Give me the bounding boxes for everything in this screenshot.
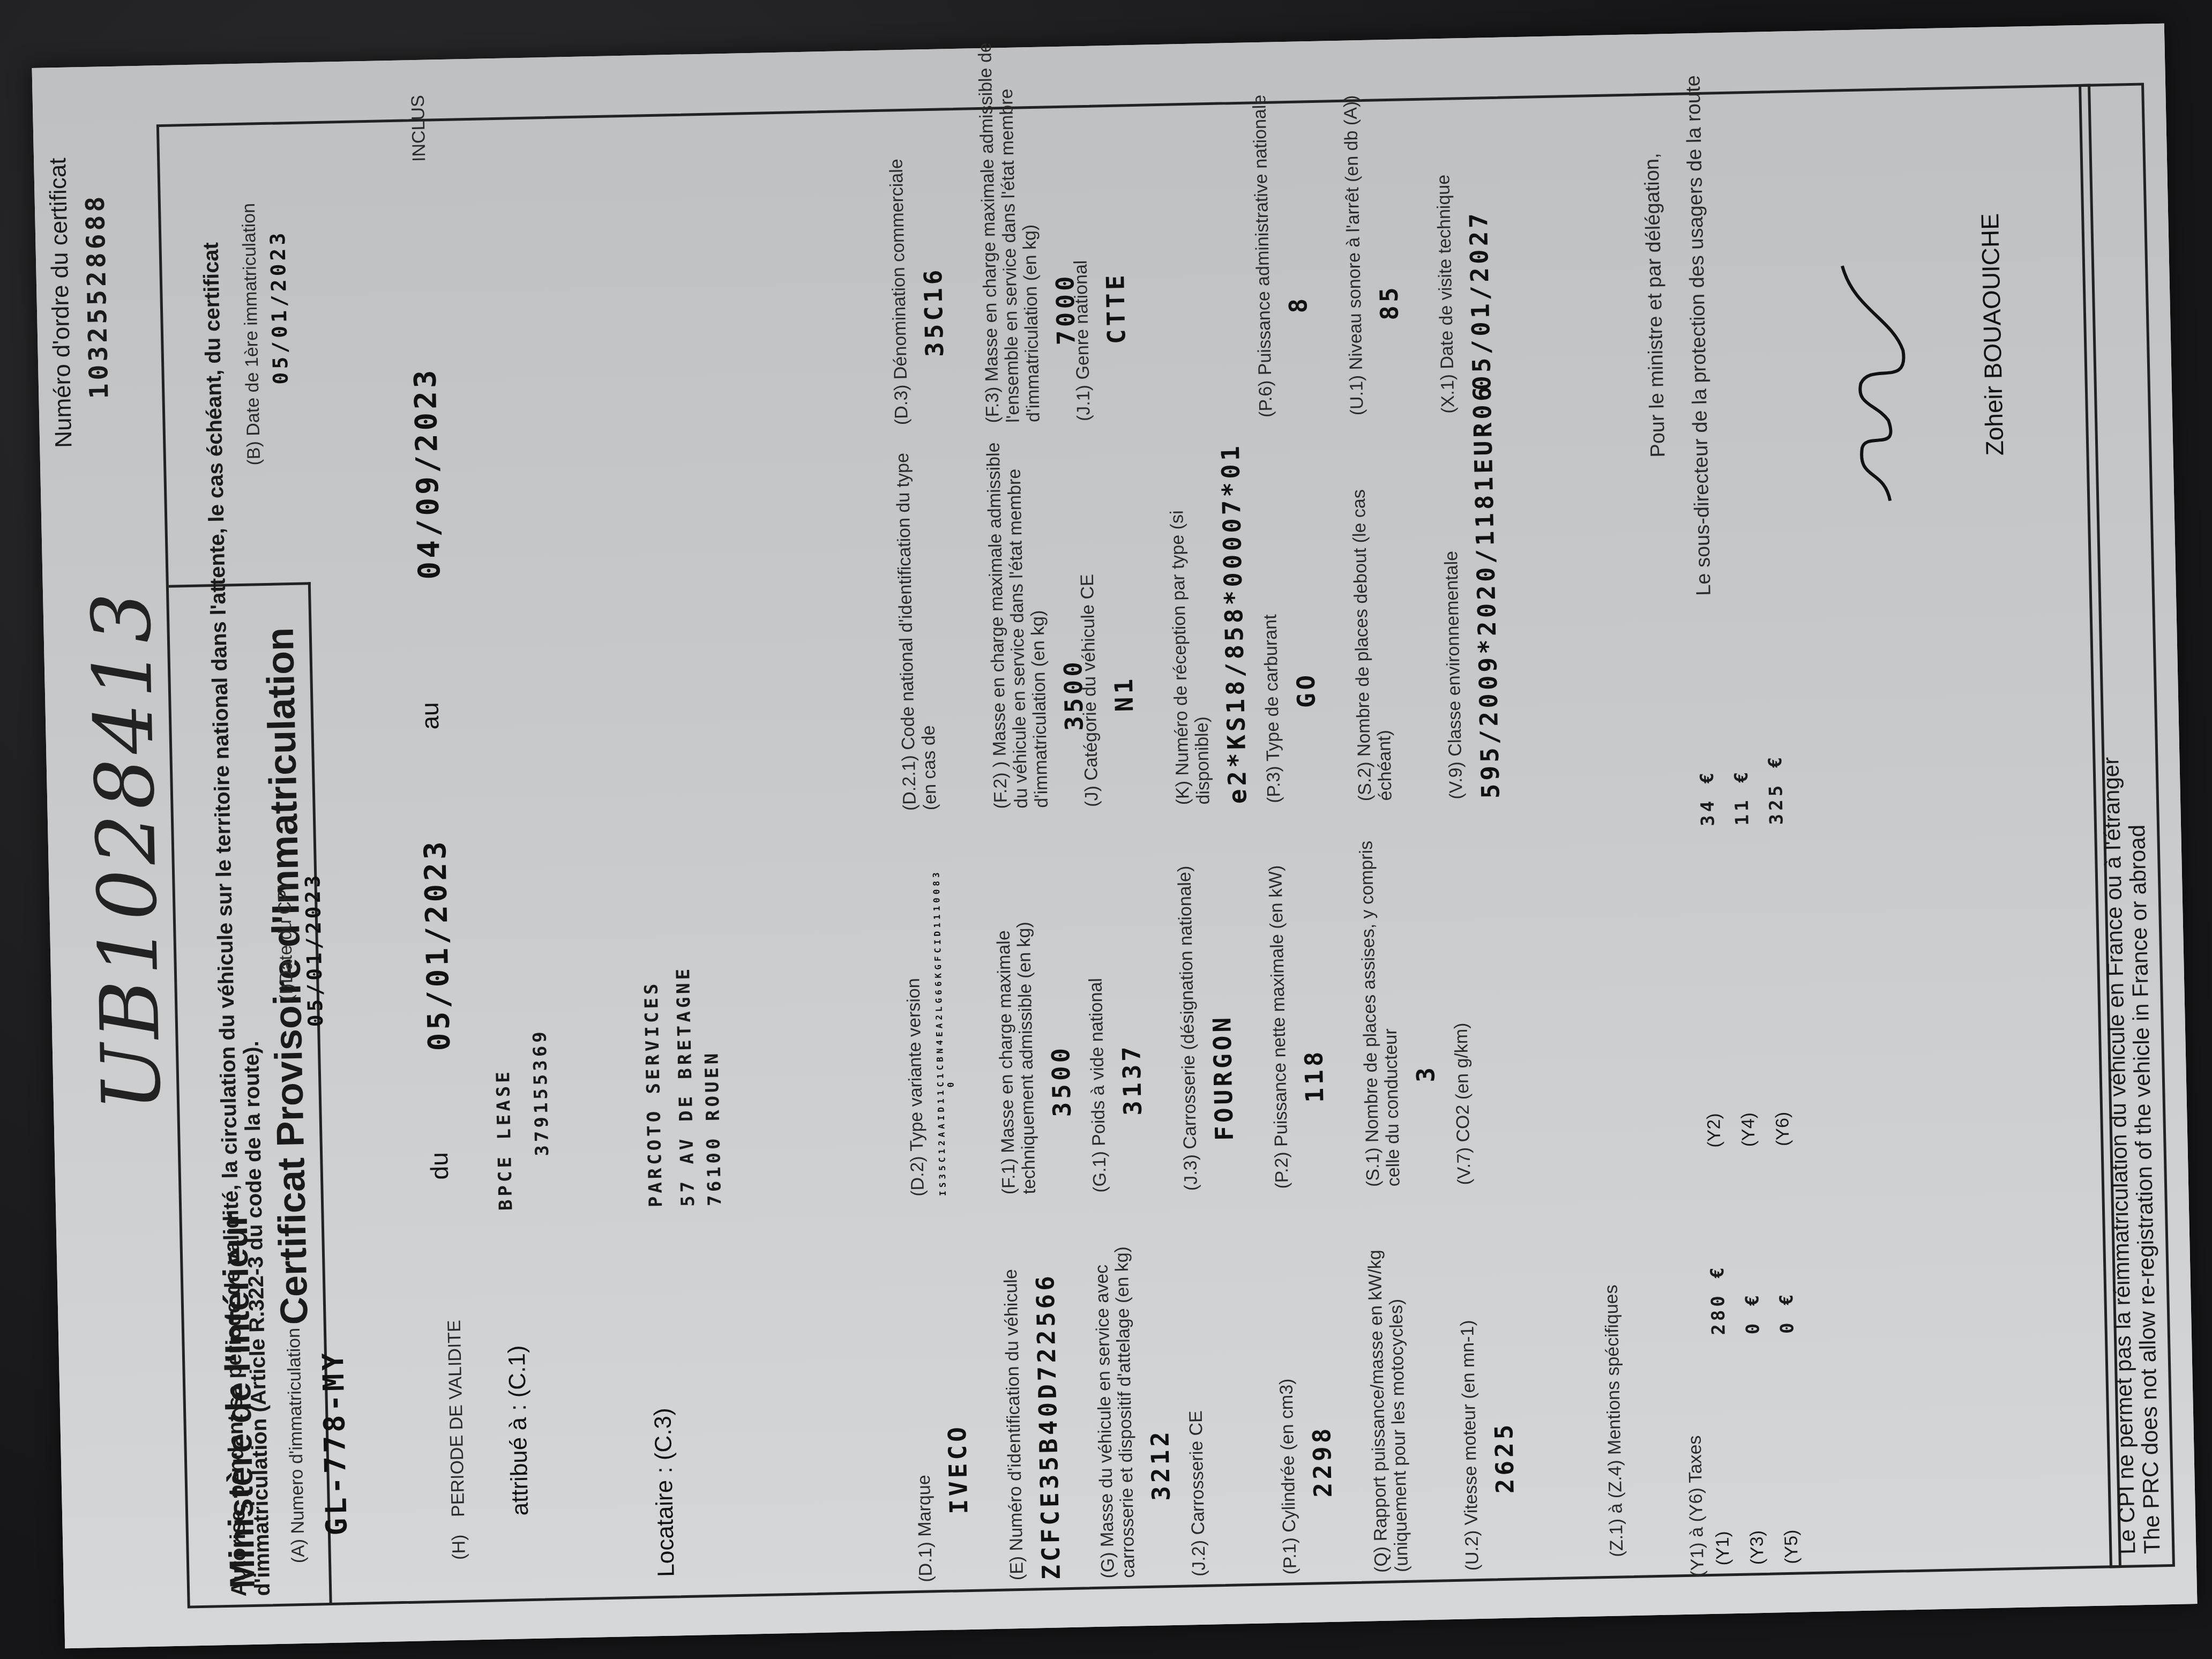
field-label: (F.1) Masse en charge maximale technique… [991,808,1040,1194]
c1-id: 379155369 [529,1028,553,1156]
grid-cell: (F.2) ) Masse en charge maximale admissi… [983,421,1090,809]
field-value: 35C16 [917,199,951,424]
signature-scribble-icon [1820,243,1922,513]
signatory-name: Zoheir BOUAOUICHE [1975,213,2009,456]
field-value: CTTE [1099,195,1133,421]
field-i-label: (I)Date du CPI [274,884,297,1001]
tax-code: (Y4) [1738,1112,1759,1147]
c3-address-line2: 76100 ROUEN [701,1050,726,1206]
tax-amount: 280 € [1707,1264,1730,1335]
field-value: IVECO [941,1356,975,1582]
tax-amount: 0 € [1742,1291,1764,1334]
field-value: GO [1289,577,1323,803]
tax-amount: 325 € [1765,753,1788,825]
field-label: (S.2) Nombre de places debout (le cas éc… [1347,415,1396,801]
grid-cell: (J.3) Carrosserie (désignation nationale… [1173,804,1240,1191]
grid-cell: (D.2) Type variante versionIS35C12AAID11… [900,810,958,1197]
handwritten-reference: UB1028413 [75,587,179,1112]
field-value: ZCFCE35B40D722566 [1032,1354,1066,1580]
field-value [945,585,950,810]
validity-period-label: PERIODE DE VALIDITE [444,1320,469,1518]
field-label: (D.2.1) Code national d'identification d… [892,424,940,811]
grid-cell: (E) Numéro d'identification du véhiculeZ… [999,1193,1066,1580]
field-label: (K) Numéro de réception par type (si dis… [1165,419,1214,805]
tax-code: (Y2) [1703,1113,1725,1148]
field-value: 3 [1409,960,1443,1186]
validity-to: 04/09/2023 [408,367,447,580]
grid-cell: (D.3) Dénomination commerciale35C16 [884,38,951,425]
field-value: N1 [1107,581,1141,806]
field-value: 3212 [1144,1352,1177,1578]
tax-amount: 11 € [1731,768,1753,826]
grid-cell: (F.3) Masse en charge maximale admissibl… [975,35,1082,423]
grid-cell: (P.2) Puissance nette maximale (en kW)11… [1264,802,1331,1189]
grid-cell: (D.2.1) Code national d'identification d… [892,424,950,811]
field-a-value: GL-778-MY [316,1349,354,1536]
field-label: (Q) Rapport puissance/masse en kW/kg (un… [1363,1186,1412,1573]
field-value: 8 [1281,191,1315,417]
field-h-label: (H) [449,1534,469,1560]
field-value: 595/2009*2020/1181EUR06 [1471,573,1505,799]
tax-code: (Y1) [1712,1531,1733,1566]
c1-label: attribué à : (C.1) [504,1345,534,1516]
grid-cell: (G) Masse du véhicule en service avec ca… [1090,1191,1177,1579]
grid-cell: (F.1) Masse en charge maximale technique… [991,808,1078,1195]
field-b-value: 05/01/2023 [266,229,293,385]
field-value: 85 [1372,190,1406,415]
field-value: IS35C12AAID11C1CBN4EA2LG66KGFCID1110083 … [933,970,958,1196]
grid-cell: (J.1) Genre nationalCTTE [1066,34,1133,421]
field-i-value: 05/01/2023 [301,872,327,1027]
grid-cell: (P.6) Puissance administrative nationale… [1248,31,1315,417]
field-value [1417,1347,1422,1572]
grid-cell: (G.1) Poids à vide national3137 [1082,806,1149,1193]
grid-cell: (U.2) Vitesse moteur (en mn-1)2625 [1454,1184,1521,1571]
grid-cell: (X.1) Date de visite technique05/01/2027 [1430,27,1497,414]
grid-cell: (P.1) Cylindrée (en cm3)2298 [1272,1188,1339,1575]
vehicle-characteristics-grid: (D.1) MarqueIVECO(D.2) Type variante ver… [885,96,1554,1593]
field-value [1401,576,1406,801]
taxes-block: (Y1) à (Y6) Taxes (Y1)280 €(Y2)34 €(Y3)0… [1669,690,1811,1576]
field-value [1170,195,1175,420]
tax-amount: 34 € [1697,769,1719,827]
validity-from: 05/01/2023 [418,838,457,1051]
field-value: 2298 [1305,1349,1339,1574]
field-label: (F.2) ) Masse en charge maximale admissi… [983,422,1052,809]
field-value: 3500 [1044,968,1078,1194]
grid-cell: (S.1) Nombre de places assises, y compri… [1355,799,1443,1187]
field-value: 2625 [1488,1345,1521,1571]
tax-code: (Y5) [1781,1529,1802,1564]
registration-certificate: UB1028413 Numéro d'ordre du certificat 1… [32,24,2198,1649]
field-value: 05/01/2027 [1463,188,1497,413]
grid-cell: (D.1) MarqueIVECO [908,1195,975,1582]
tax-code: (Y3) [1746,1530,1768,1565]
validity-du: du [424,1152,454,1180]
grid-cell: (J) Catégorie du véhicule CEN1 [1074,420,1141,807]
c3-label: Locataire : (C.3) [649,1408,680,1577]
validity-au: au [415,702,445,730]
field-value: FOURGON [1206,965,1240,1190]
grid-cell: (U.1) Niveau sonore à l'arrêt (en db (A)… [1339,29,1406,416]
grid-cell: (V.9) Classe environnementale595/2009*20… [1438,413,1505,799]
tax-amount: 0 € [1776,1291,1798,1334]
field-value [1214,1351,1219,1576]
field-label: (S.1) Nombre de places assises, y compri… [1355,801,1404,1187]
field-value: 118 [1297,963,1331,1189]
order-number: 10325528688 [80,193,114,399]
field-value: e2*KS18/858*00007*01 [1219,579,1252,804]
field-label: (F.3) Masse en charge maximale admissibl… [975,36,1044,423]
field-label: (G) Masse du véhicule en service avec ca… [1090,1192,1139,1579]
tax-code: (Y6) [1772,1111,1793,1146]
grid-cell: (S.2) Nombre de places debout (le cas éc… [1347,415,1406,802]
field-value: 3137 [1115,967,1149,1192]
grid-cell: (P.3) Type de carburantGO [1256,416,1323,803]
validity-inclus: INCLUS [408,95,430,162]
c1-name: BPCE LEASE [492,1068,517,1210]
order-number-label: Numéro d'ordre du certificat [44,158,77,448]
grid-cell: (K) Numéro de réception par type (si dis… [1165,418,1252,805]
grid-cell: (Q) Rapport puissance/masse en kW/kg (un… [1363,1186,1422,1573]
field-value [1479,960,1484,1185]
